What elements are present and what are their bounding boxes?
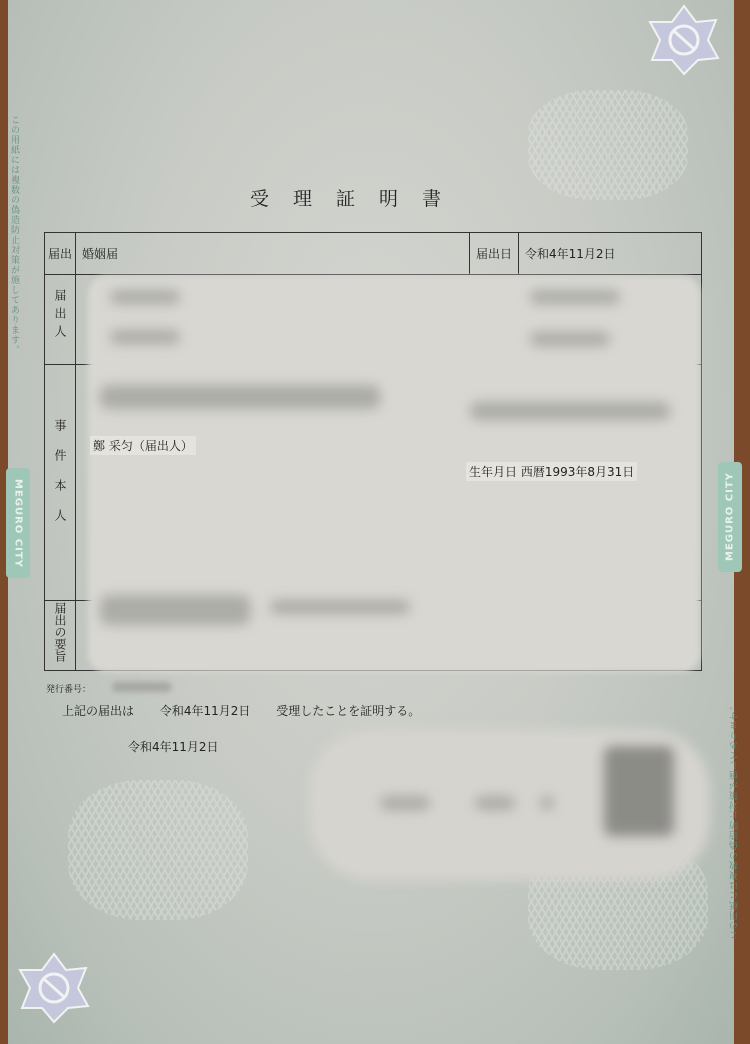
document-title: 受理証明書 [250, 184, 465, 211]
anti-forgery-notice-right: この用紙には複数の偽造防止対策が施してあります。 [728, 700, 741, 940]
notification-date-label: 届出日 [470, 233, 519, 275]
anti-forgery-notice-left: この用紙には複数の偽造防止対策が施してあります。 [8, 115, 21, 355]
city-tag-left: MEGURO CITY [6, 468, 30, 578]
guilloche-pattern [68, 780, 248, 920]
subject-label: 事件本人 [45, 365, 76, 601]
notification-type-label: 届出 [45, 233, 76, 275]
notification-type-value: 婚姻届 [76, 233, 470, 275]
redacted-text [100, 385, 380, 409]
city-tag-right: MEGURO CITY [718, 462, 742, 572]
redacted-text [540, 796, 554, 810]
redacted-text [110, 330, 180, 344]
prohibition-seal-icon [648, 4, 720, 76]
redacted-text [110, 290, 180, 304]
certification-suffix: 受理したことを証明する。 [276, 704, 420, 718]
certification-prefix: 上記の届出は [62, 704, 134, 718]
issue-number-redacted [112, 682, 172, 692]
redacted-text [470, 402, 670, 420]
notifier-label: 届出人 [45, 275, 76, 365]
redacted-text [530, 290, 620, 304]
redacted-text [530, 332, 610, 346]
summary-label: 届出の要旨 [45, 601, 76, 671]
guilloche-pattern [528, 90, 688, 200]
notification-date-value: 令和4年11月2日 [519, 233, 702, 275]
redacted-text [270, 600, 410, 614]
certification-statement: 上記の届出は 令和4年11月2日 受理したことを証明する。 [62, 702, 420, 719]
redacted-text [100, 595, 250, 625]
redacted-text [475, 796, 515, 810]
certification-date: 令和4年11月2日 [160, 704, 251, 718]
birth-date-value: 西暦1993年8月31日 [521, 465, 634, 479]
official-seal-redacted [604, 746, 674, 836]
issue-date: 令和4年11月2日 [128, 738, 219, 755]
birth-date-label: 生年月日 [469, 465, 517, 479]
issue-number-label: 発行番号： [46, 682, 91, 695]
redacted-text [380, 796, 430, 810]
subject-name: 鄭 采匀（届出人） [90, 436, 196, 455]
birth-date: 生年月日 西暦1993年8月31日 [466, 462, 637, 481]
prohibition-seal-icon [18, 952, 90, 1024]
